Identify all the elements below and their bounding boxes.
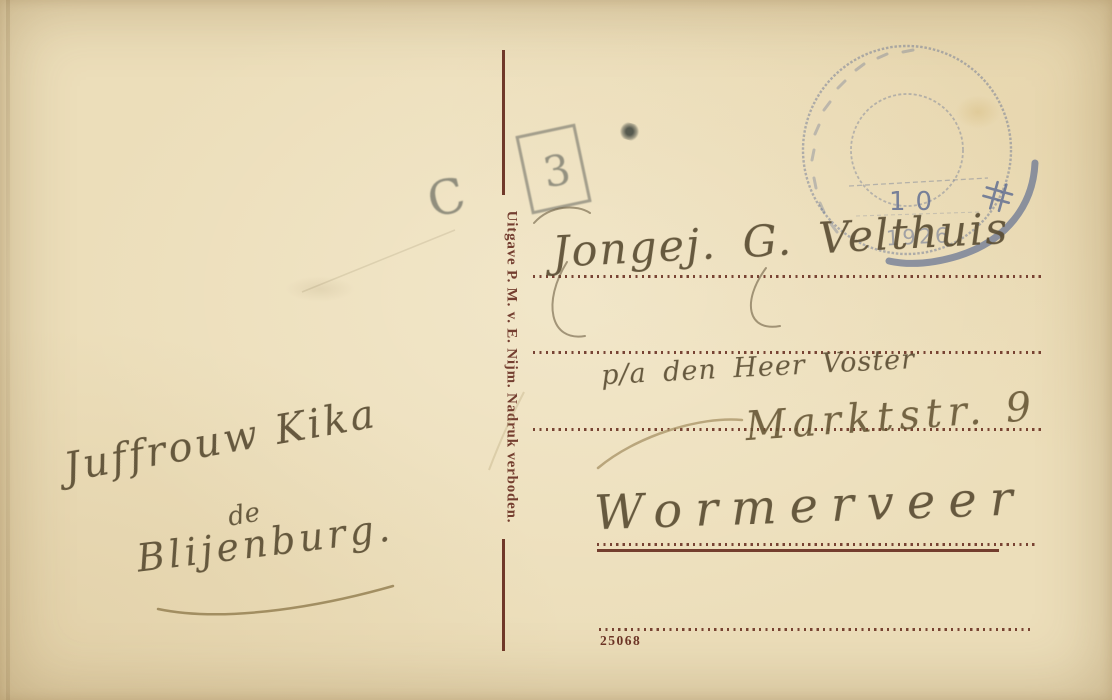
signature-underline-flourish [158, 586, 393, 614]
postcard-back: Uitgave P. M. v. E. Nijm. Nadruk verbode… [0, 0, 1112, 700]
pen-swash [534, 207, 590, 223]
light-lead-stroke [598, 419, 742, 468]
scratch-mark [302, 230, 455, 292]
descender-loop-2 [751, 268, 780, 327]
scratch-mark-2 [489, 392, 524, 470]
overlay-layer: 10 1926 [0, 0, 1112, 700]
postmark-band-line [849, 178, 988, 186]
